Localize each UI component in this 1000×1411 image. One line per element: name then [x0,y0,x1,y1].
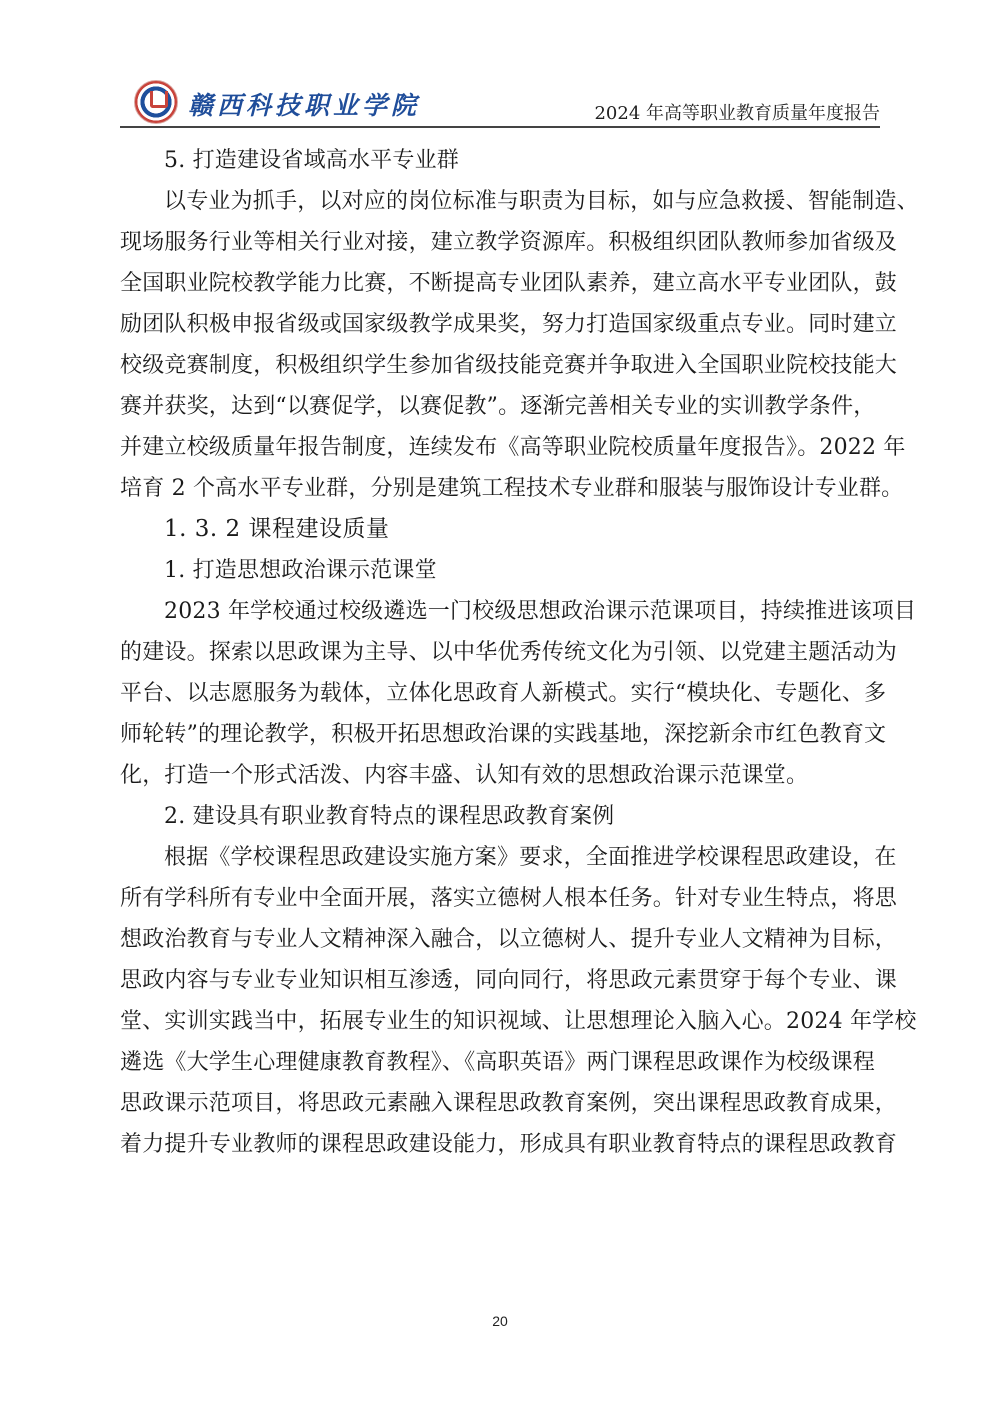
paragraph-line: 着力提升专业教师的课程思政建设能力，形成具有职业教育特点的课程思政教育 [120,1124,880,1165]
subheading-5: 5. 打造建设省域高水平专业群 [120,140,880,181]
school-logo-icon [134,80,178,124]
paragraph-line: 遴选《大学生心理健康教育教程》、《高职英语》两门课程思政课作为校级课程 [120,1042,880,1083]
paragraph-line: 赛并获奖，达到“以赛促学，以赛促教”。逐渐完善相关专业的实训教学条件， [120,386,880,427]
header-divider [120,126,880,128]
paragraph-line: 校级竞赛制度，积极组织学生参加省级技能竞赛并争取进入全国职业院校技能大 [120,345,880,386]
paragraph-line: 2023 年学校通过校级遴选一门校级思想政治课示范课项目，持续推进该项目 [120,591,880,632]
subheading-1: 1. 打造思想政治课示范课堂 [120,550,880,591]
paragraph-line: 培育 2 个高水平专业群，分别是建筑工程技术专业群和服装与服饰设计专业群。 [120,468,880,509]
report-title: 2024 年高等职业教育质量年度报告 [594,99,880,125]
page-header: 赣西科技职业学院 2024 年高等职业教育质量年度报告 [120,74,880,126]
paragraph-line: 平台、以志愿服务为载体，立体化思政育人新模式。实行“模块化、专题化、多 [120,673,880,714]
paragraph-line: 并建立校级质量年报告制度，连续发布《高等职业院校质量年度报告》。2022 年 [120,427,880,468]
page-number: 20 [0,1313,1000,1329]
paragraph-line: 励团队积极申报省级或国家级教学成果奖，努力打造国家级重点专业。同时建立 [120,304,880,345]
paragraph-line: 师轮转”的理论教学，积极开拓思想政治课的实践基地，深挖新余市红色教育文 [120,714,880,755]
document-body: 5. 打造建设省域高水平专业群 以专业为抓手，以对应的岗位标准与职责为目标，如与… [120,140,880,1165]
subheading-2: 2. 建设具有职业教育特点的课程思政教育案例 [120,796,880,837]
paragraph-line: 思政内容与专业专业知识相互渗透，同向同行，将思政元素贯穿于每个专业、课 [120,960,880,1001]
paragraph-line: 所有学科所有专业中全面开展，落实立德树人根本任务。针对专业生特点，将思 [120,878,880,919]
paragraph-line: 化，打造一个形式活泼、内容丰盛、认知有效的思想政治课示范课堂。 [120,755,880,796]
paragraph-line: 堂、实训实践当中，拓展专业生的知识视域、让思想理论入脑入心。2024 年学校 [120,1001,880,1042]
paragraph-line: 现场服务行业等相关行业对接，建立教学资源库。积极组织团队教师参加省级及 [120,222,880,263]
school-name: 赣西科技职业学院 [188,86,420,122]
paragraph-line: 思政课示范项目，将思政元素融入课程思政教育案例，突出课程思政教育成果， [120,1083,880,1124]
paragraph-line: 全国职业院校教学能力比赛，不断提高专业团队素养，建立高水平专业团队，鼓 [120,263,880,304]
paragraph-line: 以专业为抓手，以对应的岗位标准与职责为目标，如与应急救援、智能制造、 [120,181,880,222]
paragraph-line: 根据《学校课程思政建设实施方案》要求，全面推进学校课程思政建设，在 [120,837,880,878]
paragraph-line: 想政治教育与专业人文精神深入融合，以立德树人、提升专业人文精神为目标， [120,919,880,960]
section-heading-1-3-2: 1. 3. 2 课程建设质量 [120,509,880,550]
paragraph-line: 的建设。探索以思政课为主导、以中华优秀传统文化为引领、以党建主题活动为 [120,632,880,673]
